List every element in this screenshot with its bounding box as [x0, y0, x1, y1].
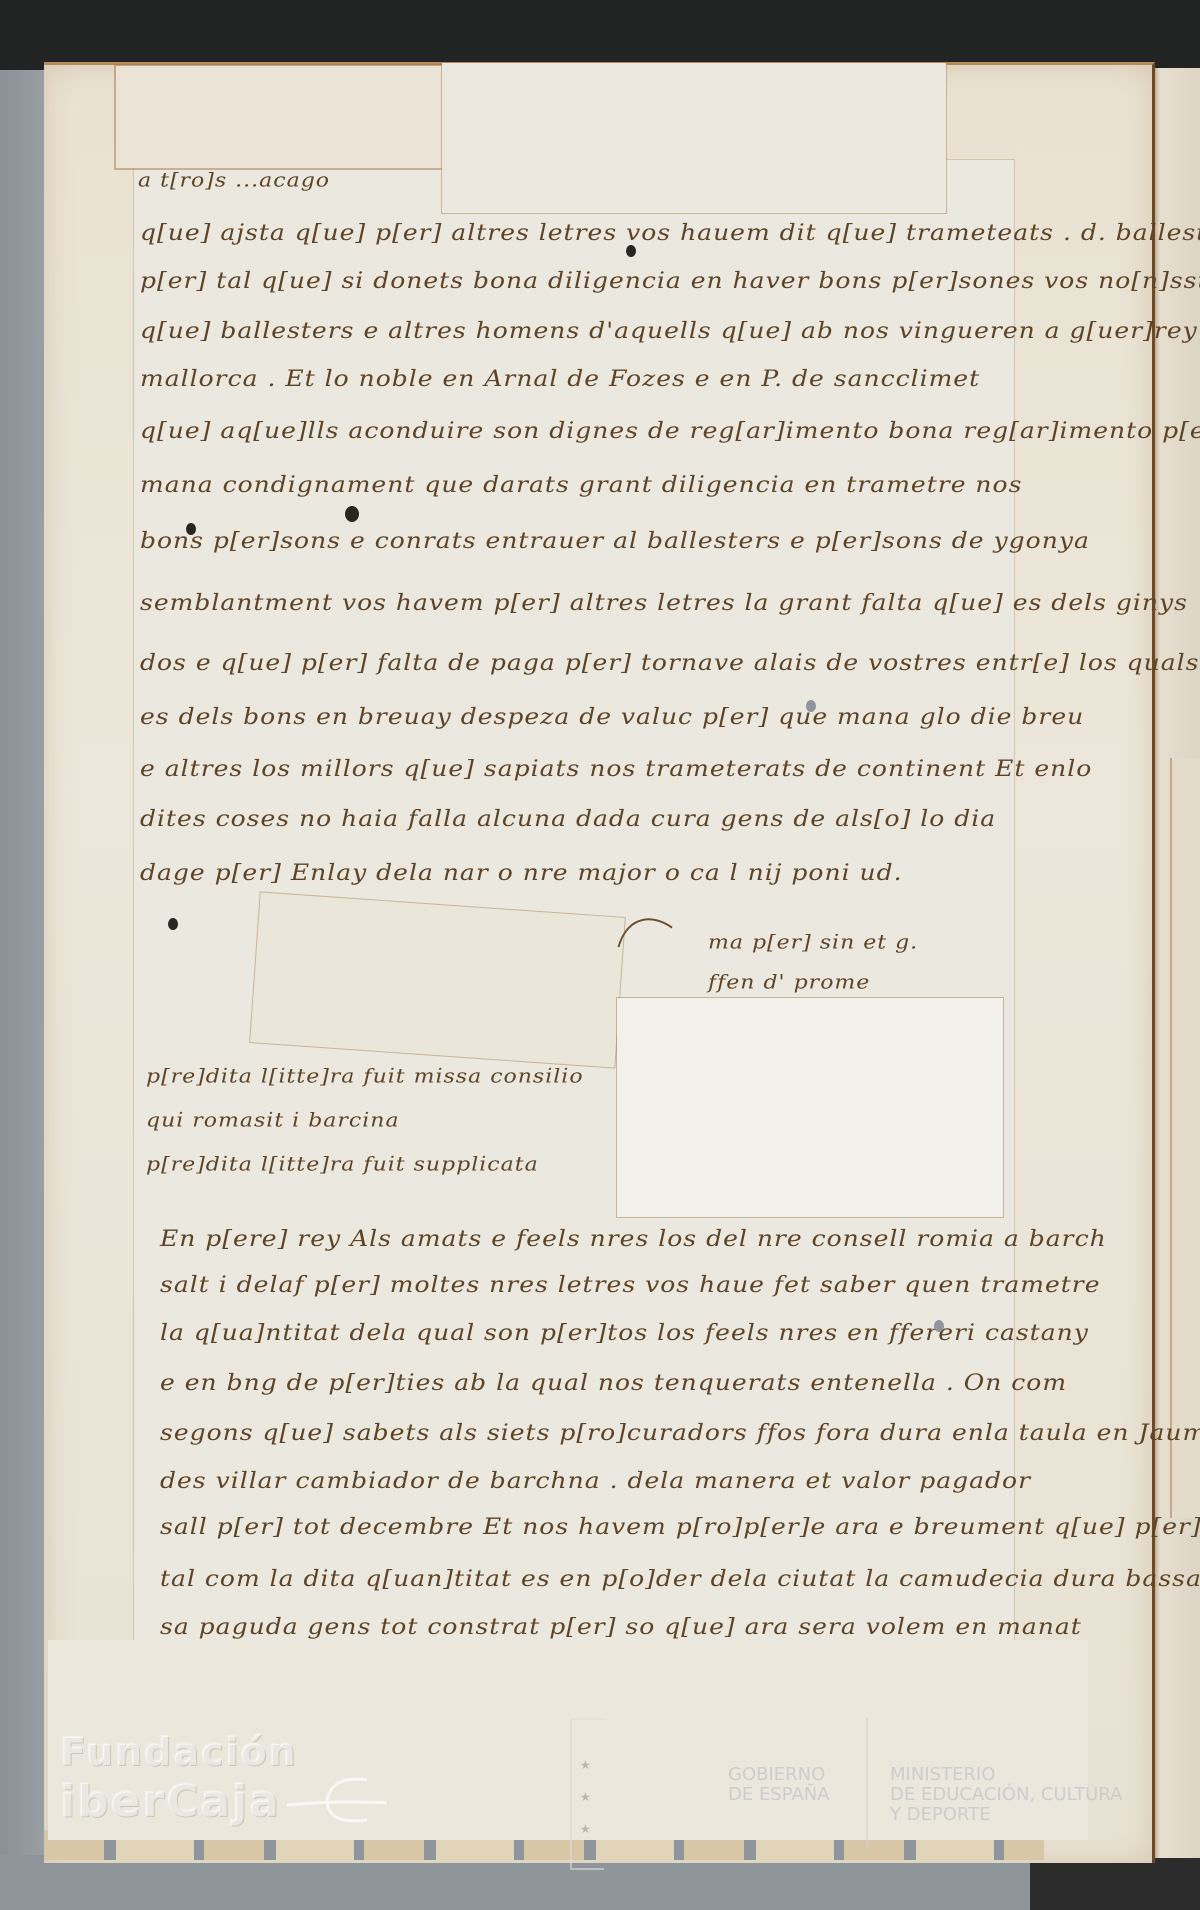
- text-line: des villar cambiador de barchna . dela m…: [160, 1467, 1031, 1493]
- repair-patch-top-left: [116, 66, 444, 168]
- text-line: dites coses no haia falla alcuna dada cu…: [140, 805, 996, 831]
- text-line: p[er] tal q[ue] si donets bona diligenci…: [140, 267, 1200, 293]
- adjacent-page-strip: [1170, 758, 1200, 1518]
- ink-blot: [806, 700, 816, 712]
- registry-note-line: p[re]dita l[itte]ra fuit missa consilio: [146, 1065, 584, 1088]
- repair-patch-tilted: [250, 892, 625, 1067]
- ink-blot: [626, 245, 636, 257]
- text-line: e en bng de p[er]ties ab la qual nos ten…: [160, 1369, 1067, 1395]
- text-line: dage p[er] Enlay dela nar o nre major o …: [140, 859, 903, 885]
- signature-line: ffen d' prome: [708, 971, 870, 994]
- registry-note-line: qui romasit i barcina: [146, 1109, 400, 1132]
- text-line: q[ue] ballesters e altres homens d'aquel…: [140, 317, 1200, 343]
- text-line: segons q[ue] sabets als siets p[ro]curad…: [160, 1419, 1200, 1445]
- text-line: mana condignament que darats grant dilig…: [140, 471, 1022, 497]
- dark-backdrop-corner: [1030, 1855, 1200, 1910]
- watermark-fundacion: Fundación: [60, 1730, 298, 1774]
- gobierno-flag-bar-icon: ★ ★ ★: [570, 1718, 604, 1870]
- watermark-ministerio: MINISTERIO DE EDUCACIÓN, CULTURA Y DEPOR…: [890, 1765, 1122, 1825]
- text-line: sall p[er] tot decembre Et nos havem p[r…: [160, 1513, 1200, 1539]
- ink-blot: [168, 918, 178, 930]
- text-line: semblantment vos havem p[er] altres letr…: [140, 589, 1188, 615]
- spain-coat-of-arms-icon: [625, 1735, 714, 1834]
- repair-patch-top: [442, 63, 946, 213]
- text-line: tal com la dita q[uan]titat es en p[o]de…: [160, 1565, 1200, 1591]
- text-line: bons p[er]sons e conrats entrauer al bal…: [140, 527, 1090, 553]
- watermark-gobierno-line2: DE ESPAÑA: [728, 1785, 830, 1805]
- text-line: sa paguda gens tot constrat p[er] so q[u…: [160, 1613, 1082, 1639]
- grey-mounting-board: [0, 70, 48, 1910]
- watermark-ibercaja: iberCaja: [60, 1776, 281, 1827]
- text-line: salt i delaf p[er] moltes nres letres vo…: [160, 1271, 1101, 1297]
- ibercaja-logo-icon: [282, 1770, 392, 1830]
- text-line: mallorca . Et lo noble en Arnal de Fozes…: [140, 365, 980, 391]
- watermark-gobierno-line1: GOBIERNO: [728, 1765, 830, 1785]
- ink-blot: [345, 506, 359, 522]
- ink-blot: [186, 523, 196, 535]
- text-line: q[ue] aq[ue]lls aconduire son dignes de …: [140, 417, 1200, 443]
- watermark-ministerio-line1: MINISTERIO: [890, 1765, 1122, 1785]
- text-line: es dels bons en breuay despeza de valuc …: [140, 703, 1084, 729]
- header-note: a t[ro]s ...acago: [138, 169, 330, 192]
- signature-line: ma p[er] sin et g.: [708, 931, 918, 954]
- watermark-ministerio-line2: DE EDUCACIÓN, CULTURA: [890, 1785, 1122, 1805]
- text-line: En p[ere] rey Als amats e feels nres los…: [160, 1225, 1107, 1251]
- text-line: dos e q[ue] p[er] falta de paga p[er] to…: [140, 649, 1200, 675]
- registry-note-line: p[re]dita l[itte]ra fuit supplicata: [146, 1153, 539, 1176]
- dark-backdrop: [0, 0, 1200, 70]
- ink-blot: [934, 1320, 944, 1332]
- watermark-separator: [866, 1718, 868, 1848]
- text-line: e altres los millors q[ue] sapiats nos t…: [140, 755, 1092, 781]
- watermark-gobierno: GOBIERNO DE ESPAÑA: [728, 1765, 830, 1805]
- watermark-ministerio-line3: Y DEPORTE: [890, 1805, 1122, 1825]
- text-line: la q[ua]ntitat dela qual son p[er]tos lo…: [160, 1319, 1089, 1345]
- text-line: q[ue] ajsta q[ue] p[er] altres letres vo…: [140, 219, 1200, 245]
